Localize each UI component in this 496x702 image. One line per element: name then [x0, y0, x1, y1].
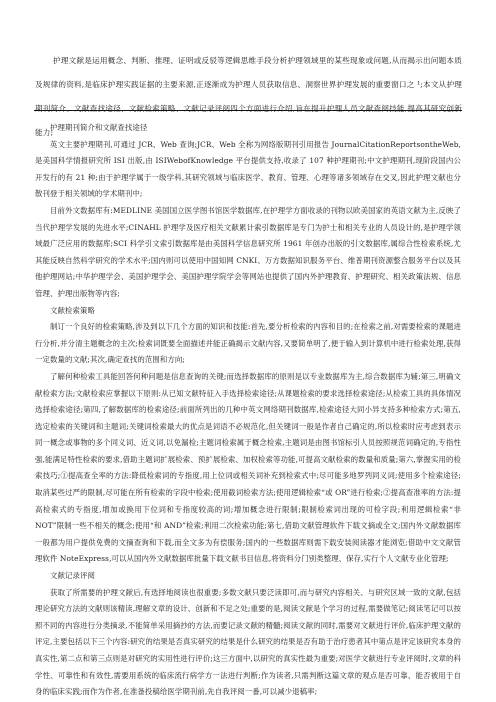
section-heading: 护理期刊简介和文献查找途径 [35, 120, 461, 137]
paragraph: 英文主要护理期刊,可通过 JCR、Web 查询;JCR、Web 全称为网络版期刊… [35, 137, 461, 203]
document-body: 护理期刊简介和文献查找途径 英文主要护理期刊,可通过 JCR、Web 查询;JC… [35, 120, 461, 701]
horizontal-divider [34, 110, 462, 111]
section-heading: 文献检索策略 [35, 303, 461, 320]
paragraph: 制订一个良好的检索策略,涉及到以下几个方面的知识和技能:首先,要分析检索的内容和… [35, 319, 461, 369]
paragraph: 了解何种检索工具能回答何种问题是信息查询的关键;而选择数据库的原则是以专业数据库… [35, 369, 461, 568]
section-heading: 文献记录评阅 [35, 568, 461, 585]
paragraph: 目前外文数据库有:MEDLINE 美国国立医学图书馆医学数据库,在护理学方面收录… [35, 203, 461, 303]
paragraph: 获取了所需要的护理文献后,有选择地阅读也很重要;多数文献只要泛读即可,而与研究内… [35, 585, 461, 701]
document-page: 护理文献是运用概念、判断、推理、证明或反驳等逻辑思维手段分析护理领域里的某些现象… [0, 0, 496, 702]
